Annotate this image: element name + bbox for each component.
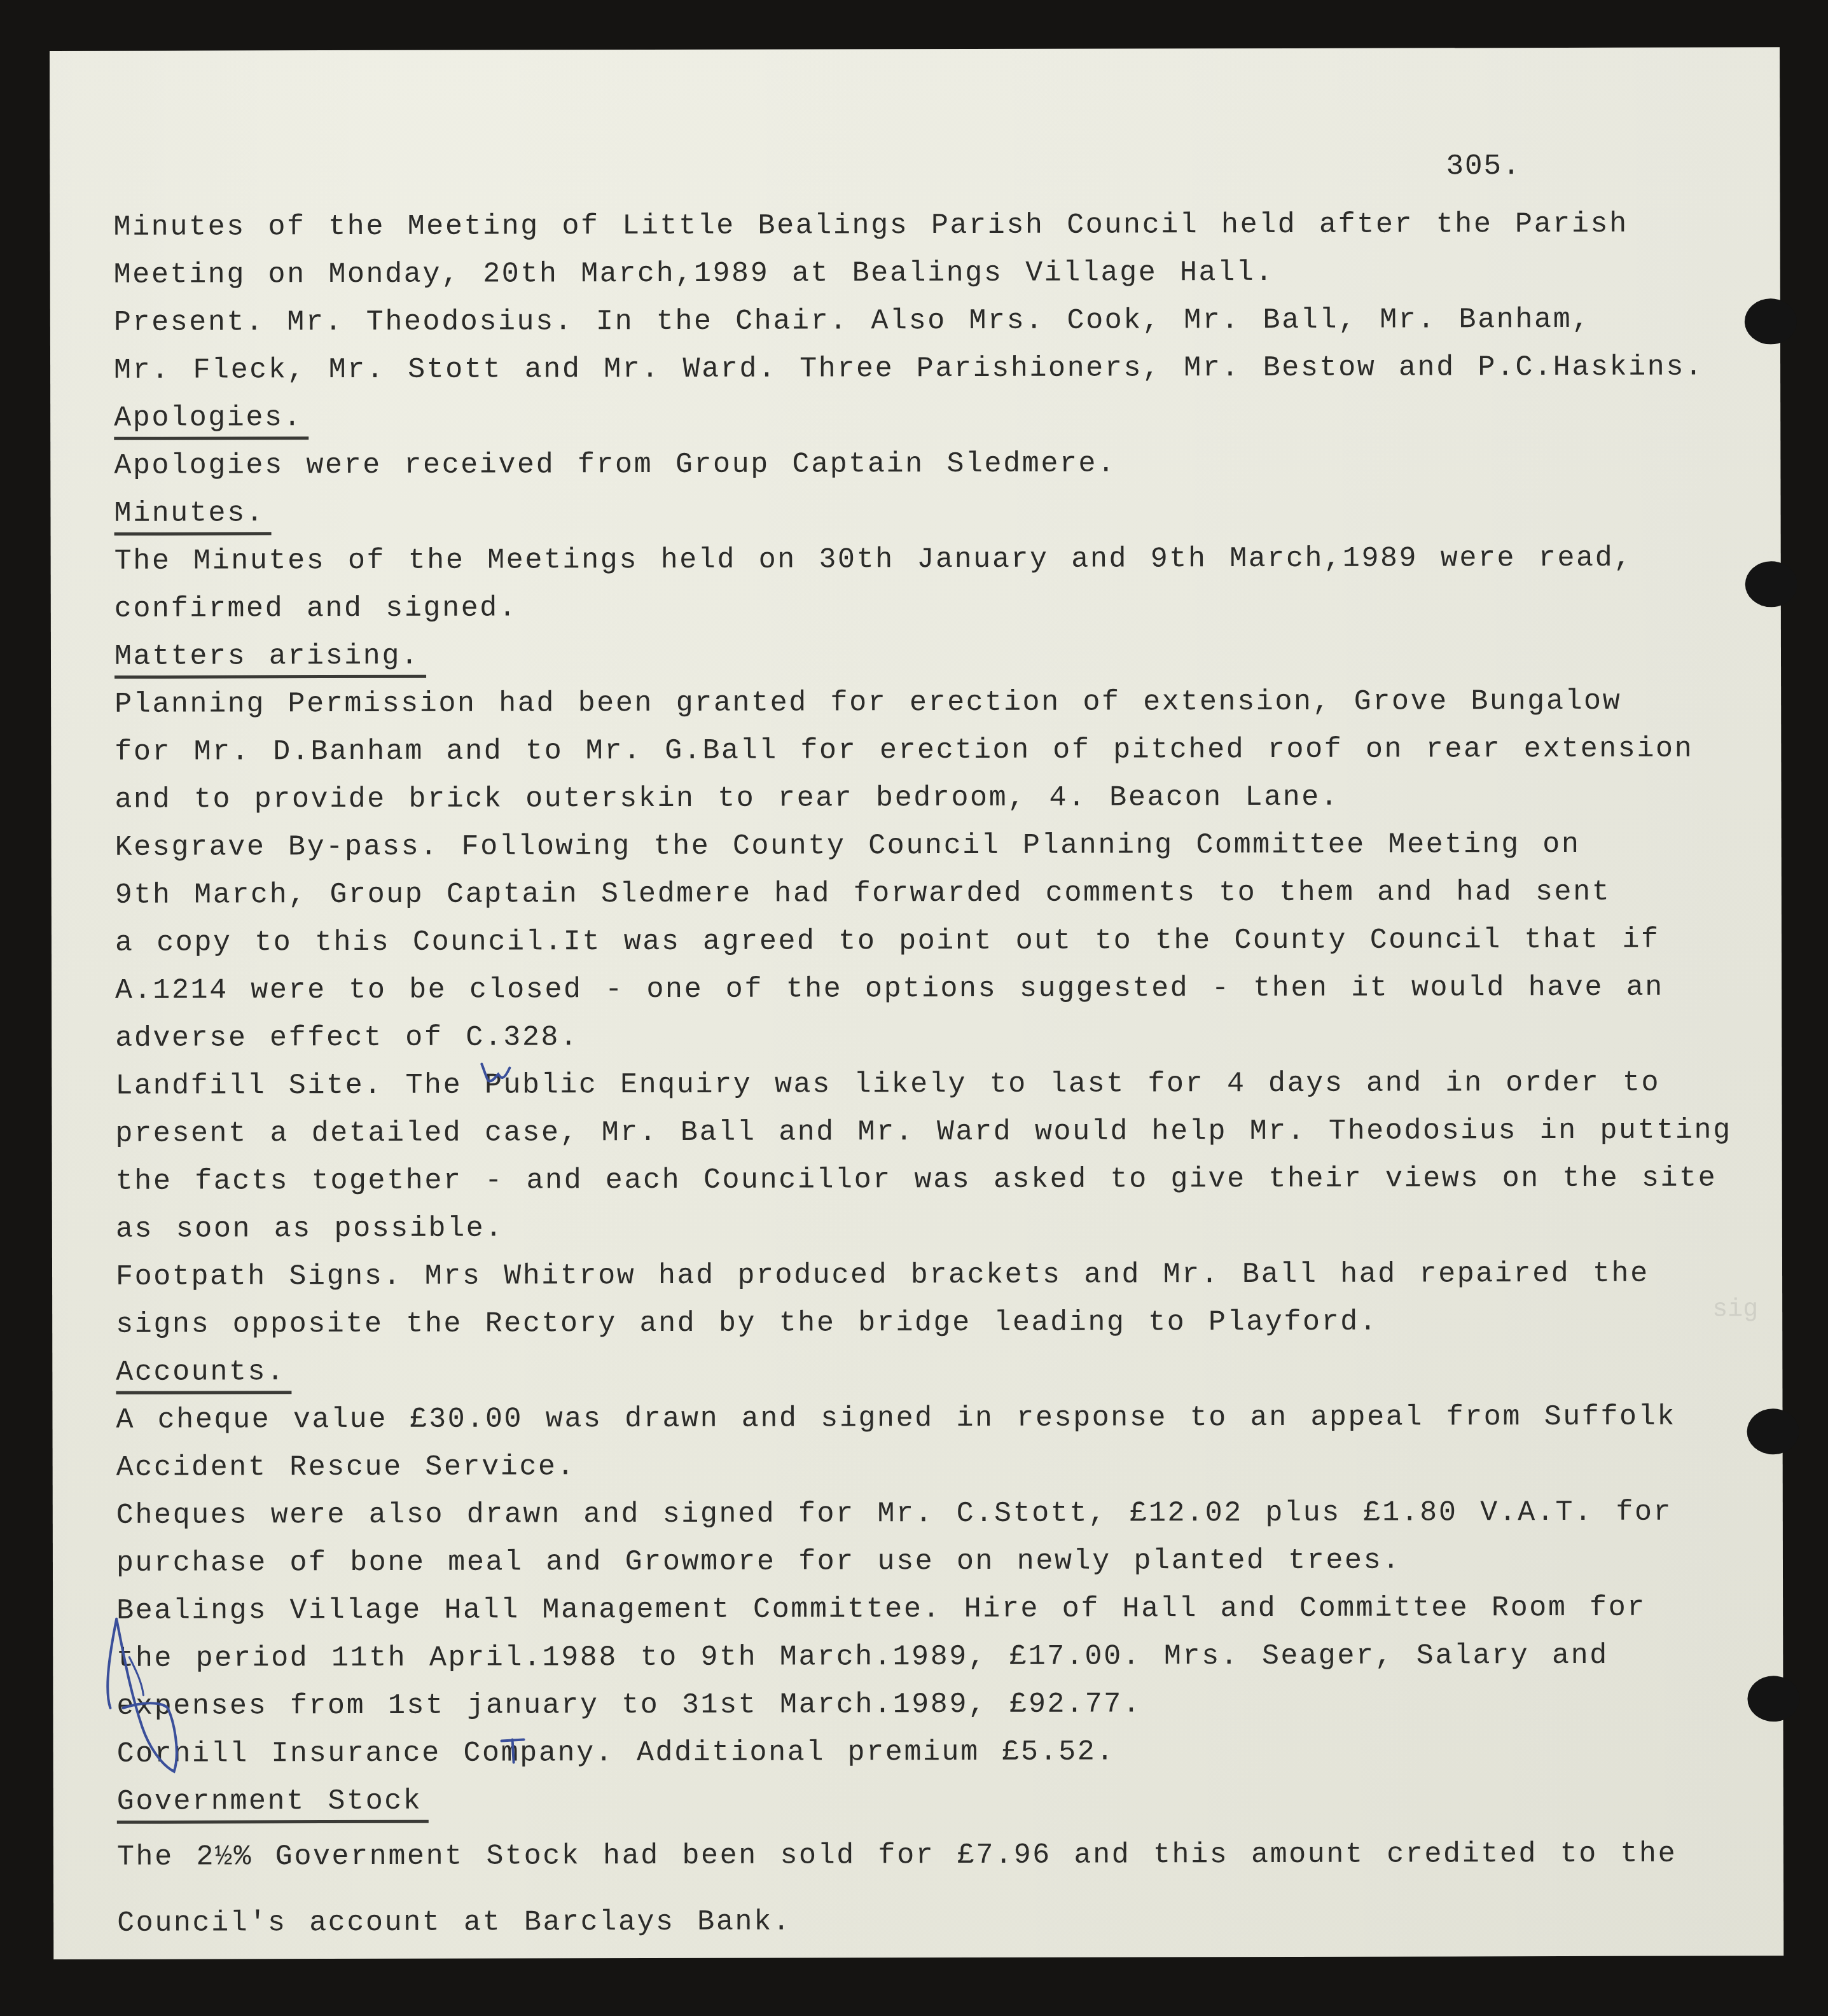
section-heading-accounts: Accounts.	[116, 1354, 292, 1394]
text-line: Accident Rescue Service.	[116, 1440, 1770, 1491]
text-line: present a detailed case, Mr. Ball and Mr…	[115, 1106, 1769, 1157]
text-line: Footpath Signs. Mrs Whitrow had produced…	[116, 1249, 1769, 1300]
text-line: The Minutes of the Meetings held on 30th…	[114, 534, 1768, 585]
text-line: Mr. Fleck, Mr. Stott and Mr. Ward. Three…	[114, 343, 1768, 394]
text-line: a copy to this Council.It was agreed to …	[115, 915, 1769, 966]
text-line: for Mr. D.Banham and to Mr. G.Ball for e…	[114, 725, 1768, 775]
pen-bracket-mark-icon	[104, 1612, 232, 1777]
text-line: Landfill Site. The Public Enquiry was li…	[115, 1059, 1769, 1109]
text-line: Cheques were also drawn and signed for M…	[116, 1488, 1770, 1539]
text-line: as soon as possible.	[116, 1202, 1769, 1253]
text-line: confirmed and signed.	[114, 581, 1768, 632]
text-line: Planning Permission had been granted for…	[114, 677, 1768, 728]
pen-correction-mark-icon	[499, 1735, 530, 1767]
text-line: Minutes of the Meeting of Little Bealing…	[114, 200, 1768, 251]
text-line: Present. Mr. Theodosius. In the Chair. A…	[114, 295, 1768, 346]
pen-correction-mark-icon	[476, 1061, 515, 1087]
text-line: signs opposite the Rectory and by the br…	[116, 1297, 1769, 1348]
text-line: 9th March, Group Captain Sledmere had fo…	[115, 868, 1769, 919]
text-line: adverse effect of C.328.	[115, 1011, 1769, 1062]
text-line: the period 11th April.1988 to 9th March.…	[116, 1631, 1770, 1682]
punch-hole	[1745, 561, 1797, 607]
punch-hole	[1747, 1676, 1799, 1721]
document-page: 305. Minutes of the Meeting of Little Be…	[50, 47, 1783, 1959]
section-heading-matters-arising: Matters arising.	[114, 638, 426, 679]
text-line: Meeting on Monday, 20th March,1989 at Be…	[114, 247, 1768, 298]
section-heading-apologies: Apologies.	[114, 400, 308, 440]
text-line: expenses from 1st january to 31st March.…	[116, 1679, 1770, 1730]
text-line: Cornill Insurance Company. Additional pr…	[117, 1727, 1771, 1777]
page-number: 305.	[1446, 149, 1521, 183]
punch-hole	[1747, 1408, 1799, 1454]
text-line: the facts together - and each Councillor…	[116, 1154, 1769, 1205]
text-line: A.1214 were to be closed - one of the op…	[115, 963, 1769, 1014]
punch-hole	[1745, 298, 1797, 344]
text-line: The 2½% Government Stock had been sold f…	[117, 1822, 1771, 1889]
text-line: Apologies were received from Group Capta…	[114, 438, 1768, 489]
text-line: Council's account at Barclays Bank.	[117, 1886, 1771, 1957]
text-line: purchase of bone meal and Growmore for u…	[116, 1536, 1770, 1587]
faint-offset-text: sig	[1712, 1295, 1758, 1324]
text-line: and to provide brick outerskin to rear b…	[114, 772, 1768, 823]
section-heading-government-stock: Government Stock	[117, 1783, 429, 1824]
text-line: Bealings Village Hall Management Committ…	[116, 1583, 1770, 1634]
text-line: Kesgrave By-pass. Following the County C…	[115, 820, 1769, 871]
minutes-body: Minutes of the Meeting of Little Bealing…	[114, 200, 1771, 1957]
text-line: A cheque value £30.00 was drawn and sign…	[116, 1393, 1769, 1443]
section-heading-minutes: Minutes.	[114, 495, 271, 536]
